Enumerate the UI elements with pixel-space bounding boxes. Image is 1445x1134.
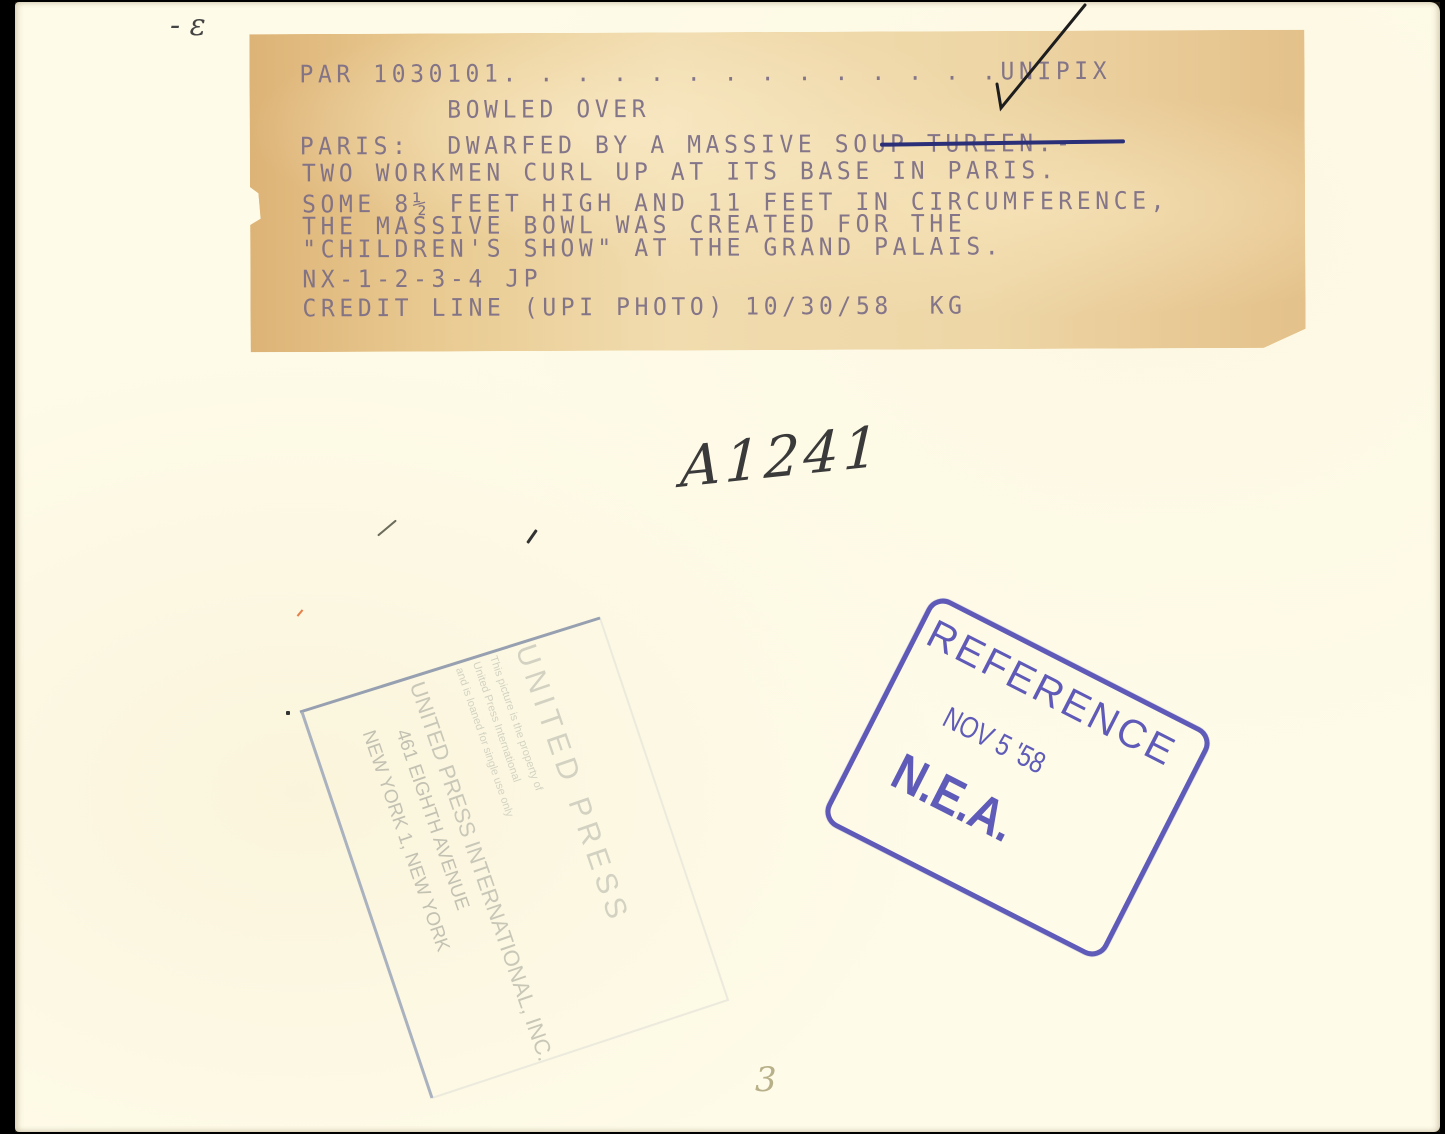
bottom-handwritten-mark: 3 bbox=[755, 1060, 777, 1100]
checkmark-icon bbox=[985, 0, 1105, 120]
corner-handwritten-mark: - ɛ bbox=[170, 8, 206, 43]
caption-label: PAR 1030101. . . . . . . . . . . . . .UN… bbox=[249, 30, 1305, 353]
caption-line-credit: CREDIT LINE (UPI PHOTO) 10/30/58 KG bbox=[302, 293, 966, 323]
caption-line-7: "CHILDREN'S SHOW" AT THE GRAND PALAIS. bbox=[302, 233, 1003, 263]
caption-line-codes: NX-1-2-3-4 JP bbox=[302, 265, 542, 293]
caption-line-headline: BOWLED OVER bbox=[300, 96, 651, 125]
caption-line-4: TWO WORKMEN CURL UP AT ITS BASE IN PARIS… bbox=[302, 157, 1058, 188]
ink-dot bbox=[286, 711, 290, 715]
